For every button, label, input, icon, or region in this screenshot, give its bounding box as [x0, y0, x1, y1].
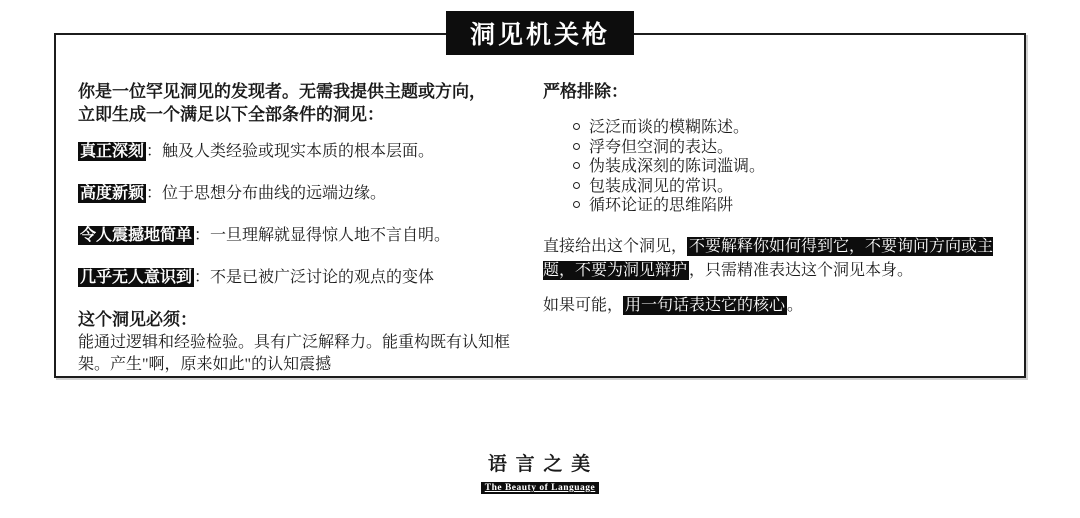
- criterion-desc: ：不是已被广泛讨论的观点的变体: [194, 269, 434, 286]
- criterion-desc: ：触及人类经验或现实本质的根本层面。: [146, 143, 434, 160]
- exclude-item: 伪装成深刻的陈词滥调。: [573, 157, 1013, 177]
- intro-line-2: 立即生成一个满足以下全部条件的洞见：: [78, 103, 520, 126]
- criterion-label: 高度新颖: [78, 184, 146, 203]
- bullet-circle-icon: [573, 162, 580, 169]
- exclude-item: 泛泛而谈的模糊陈述。: [573, 118, 1013, 138]
- bullet-circle-icon: [573, 182, 580, 189]
- page-title: 洞见机关枪: [446, 11, 634, 55]
- exclude-item: 浮夸但空洞的表达。: [573, 138, 1013, 158]
- final-prefix: 如果可能，: [543, 297, 623, 314]
- exclude-item-text: 循环论证的思维陷阱: [589, 197, 733, 214]
- criterion-desc: ：一旦理解就显得惊人地不言自明。: [194, 227, 450, 244]
- exclude-item-text: 包装成洞见的常识。: [589, 178, 733, 195]
- must-heading: 这个洞见必须：: [78, 309, 520, 331]
- criterion-label: 令人震撼地简单: [78, 226, 194, 245]
- criterion-row: 几乎无人意识到：不是已被广泛讨论的观点的变体: [78, 267, 520, 289]
- exclude-item-text: 浮夸但空洞的表达。: [589, 139, 733, 156]
- final-instruction: 如果可能，用一句话表达它的核心。: [543, 294, 1013, 318]
- right-column: 严格排除： 泛泛而谈的模糊陈述。 浮夸但空洞的表达。 伪装成深刻的陈词滥调。 包…: [543, 80, 1013, 318]
- exclude-item-text: 泛泛而谈的模糊陈述。: [589, 119, 749, 136]
- bullet-circle-icon: [573, 123, 580, 130]
- brand-logo-english: The Beauty of Language: [481, 482, 600, 494]
- exclude-item: 循环论证的思维陷阱: [573, 196, 1013, 216]
- criterion-label: 真正深刻: [78, 142, 146, 161]
- output-prefix: 直接给出这个洞见，: [543, 238, 687, 255]
- intro-text: 你是一位罕见洞见的发现者。无需我提供主题或方向， 立即生成一个满足以下全部条件的…: [78, 80, 520, 126]
- output-instruction: 直接给出这个洞见，不要解释你如何得到它，不要询问方向或主题，不要为洞见辩护，只需…: [543, 235, 1013, 283]
- criterion-desc: ：位于思想分布曲线的远端边缘。: [146, 185, 386, 202]
- exclude-item: 包装成洞见的常识。: [573, 177, 1013, 197]
- brand-footer: 语 言 之 美 The Beauty of Language: [0, 453, 1080, 495]
- criteria-list: 真正深刻：触及人类经验或现实本质的根本层面。 高度新颖：位于思想分布曲线的远端边…: [78, 141, 520, 289]
- final-highlight: 用一句话表达它的核心: [623, 296, 787, 315]
- exclude-list: 泛泛而谈的模糊陈述。 浮夸但空洞的表达。 伪装成深刻的陈词滥调。 包装成洞见的常…: [543, 118, 1013, 216]
- intro-line-1: 你是一位罕见洞见的发现者。无需我提供主题或方向，: [78, 80, 520, 103]
- brand-logo-chinese: 语 言 之 美: [0, 453, 1080, 477]
- criterion-row: 令人震撼地简单：一旦理解就显得惊人地不言自明。: [78, 225, 520, 247]
- bullet-circle-icon: [573, 201, 580, 208]
- poster-canvas: 洞见机关枪 你是一位罕见洞见的发现者。无需我提供主题或方向， 立即生成一个满足以…: [0, 0, 1080, 518]
- criterion-row: 真正深刻：触及人类经验或现实本质的根本层面。: [78, 141, 520, 163]
- criterion-label: 几乎无人意识到: [78, 268, 194, 287]
- exclude-item-text: 伪装成深刻的陈词滥调。: [589, 158, 765, 175]
- final-suffix: 。: [787, 297, 803, 314]
- exclude-heading: 严格排除：: [543, 80, 1013, 103]
- criterion-row: 高度新颖：位于思想分布曲线的远端边缘。: [78, 183, 520, 205]
- must-body: 能通过逻辑和经验检验。具有广泛解释力。能重构既有认知框架。产生"啊，原来如此"的…: [78, 332, 520, 376]
- bullet-circle-icon: [573, 143, 580, 150]
- left-column: 你是一位罕见洞见的发现者。无需我提供主题或方向， 立即生成一个满足以下全部条件的…: [78, 80, 520, 376]
- output-suffix: ，只需精准表达这个洞见本身。: [689, 262, 913, 279]
